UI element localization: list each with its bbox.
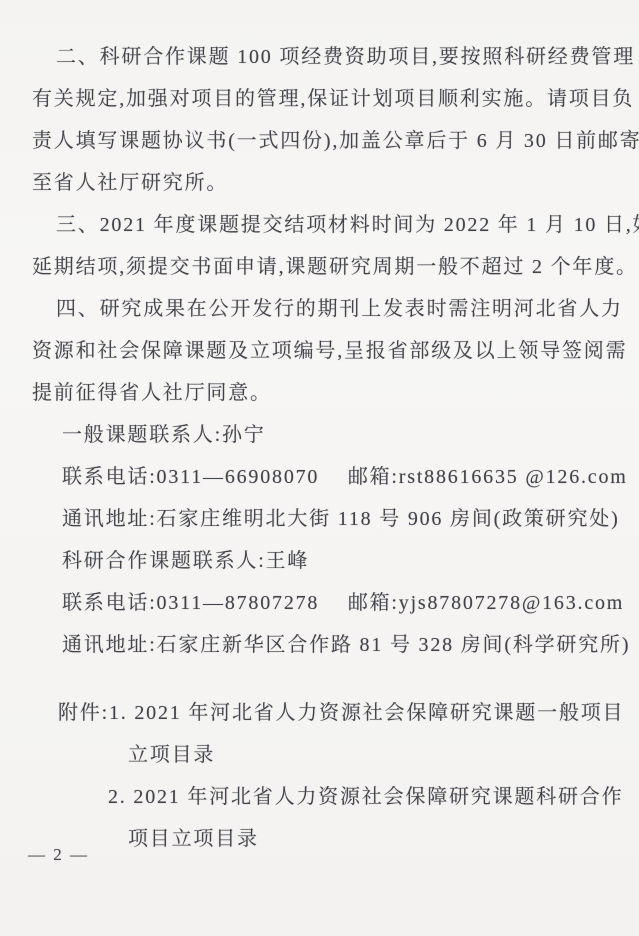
attachment-1-line-1: 附件:1. 2021 年河北省人力资源社会保障研究课题一般项目 (0, 692, 639, 734)
item3-line-2: 延期结项,须提交书面申请,课题研究周期一般不超过 2 个年度。 (0, 246, 639, 288)
cooperation-contact-phone-email: 联系电话:0311—87807278 邮箱:yjs87807278@163.co… (0, 582, 639, 624)
item4-line-3: 提前征得省人社厅同意。 (0, 372, 639, 414)
document-body: 二、科研合作课题 100 项经费资助项目,要按照科研经费管理 有关规定,加强对项… (0, 0, 639, 860)
item3-line-1: 三、2021 年度课题提交结项材料时间为 2022 年 1 月 10 日,如需 (0, 204, 639, 246)
general-contact-address: 通讯地址:石家庄维明北大街 118 号 906 房间(政策研究处) (0, 498, 639, 540)
item2-line-2: 有关规定,加强对项目的管理,保证计划项目顺利实施。请项目负 (0, 78, 639, 120)
item2-line-4: 至省人社厅研究所。 (0, 162, 639, 204)
general-contact-name: 一般课题联系人:孙宁 (0, 414, 639, 456)
item2-line-1: 二、科研合作课题 100 项经费资助项目,要按照科研经费管理 (0, 36, 639, 78)
item4-line-2: 资源和社会保障课题及立项编号,呈报省部级及以上领导签阅需 (0, 330, 639, 372)
attachments-gap (0, 666, 639, 692)
attachment-2-line-1: 2. 2021 年河北省人力资源社会保障研究课题科研合作 (0, 776, 639, 818)
attachment-1-line-2: 立项目录 (0, 734, 639, 776)
attachment-2-line-2: 项目立项目录 (0, 818, 639, 860)
page-number: — 2 — (28, 845, 89, 865)
item2-line-3: 责人填写课题协议书(一式四份),加盖公章后于 6 月 30 日前邮寄 (0, 120, 639, 162)
document-page: 二、科研合作课题 100 项经费资助项目,要按照科研经费管理 有关规定,加强对项… (0, 0, 639, 936)
general-contact-phone-email: 联系电话:0311—66908070 邮箱:rst88616635 @126.c… (0, 456, 639, 498)
cooperation-contact-name: 科研合作课题联系人:王峰 (0, 540, 639, 582)
item4-line-1: 四、研究成果在公开发行的期刊上发表时需注明河北省人力 (0, 288, 639, 330)
cooperation-contact-address: 通讯地址:石家庄新华区合作路 81 号 328 房间(科学研究所) (0, 624, 639, 666)
